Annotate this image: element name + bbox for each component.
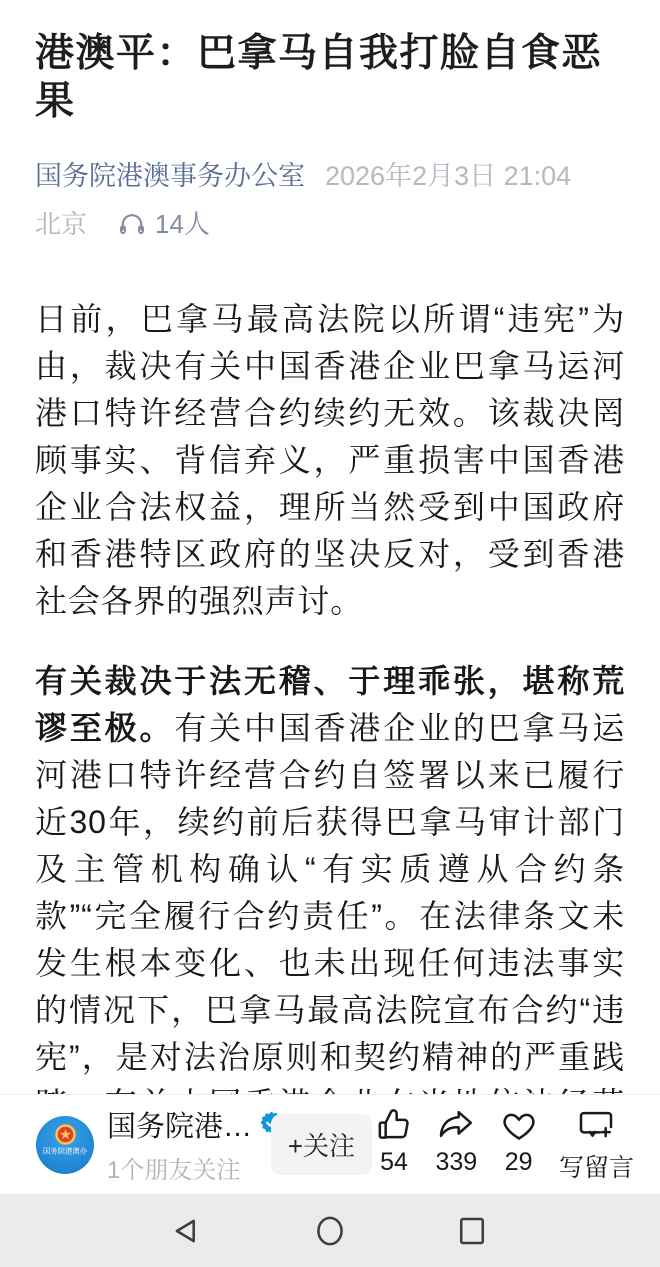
account-name: 国务院港… (107, 1104, 252, 1145)
publish-date: 2026年2月3日 21:04 (325, 160, 571, 192)
android-nav-bar (0, 1194, 660, 1267)
account-info[interactable]: 国务院港… 1个朋友关注 (107, 1104, 261, 1185)
like-button[interactable]: 54 (372, 1105, 416, 1184)
listen-indicator[interactable]: 14人 (117, 208, 210, 240)
article-page: 港澳平：巴拿马自我打脸自食恶果 国务院港澳事务办公室 2026年2月3日 21:… (0, 30, 660, 1267)
friends-follow-note: 1个朋友关注 (107, 1150, 261, 1185)
national-emblem-icon (54, 1123, 77, 1146)
article-meta-row2: 北京 14人 (35, 208, 625, 240)
share-button[interactable]: 339 (434, 1105, 478, 1184)
headphones-icon (117, 209, 147, 239)
follow-button[interactable]: +关注 (271, 1114, 372, 1175)
location-label: 北京 (35, 208, 87, 240)
account-avatar[interactable]: 国务院港澳办 (36, 1116, 94, 1174)
comment-button[interactable]: 写留言 (559, 1105, 634, 1184)
author-link[interactable]: 国务院港澳事务办公室 (35, 160, 305, 192)
listen-count: 14人 (155, 208, 210, 240)
article-paragraph: 日前，巴拿马最高法院以所谓“违宪”为由，裁决有关中国香港企业巴拿马运河港口特许经… (35, 296, 625, 625)
home-circle-icon[interactable] (311, 1212, 349, 1250)
like-count: 54 (380, 1148, 408, 1177)
thumbs-up-icon (374, 1105, 414, 1145)
favorite-count: 29 (505, 1148, 533, 1177)
bottom-action-bar: 国务院港澳办 国务院港… 1个朋友关注 +关注 54 (0, 1094, 660, 1194)
back-triangle-icon[interactable] (169, 1212, 207, 1250)
heart-icon (499, 1105, 539, 1145)
action-buttons: 54 339 29 (372, 1105, 634, 1184)
share-arrow-icon (436, 1105, 476, 1145)
avatar-caption: 国务院港澳办 (43, 1146, 87, 1154)
article-title: 港澳平：巴拿马自我打脸自食恶果 (35, 30, 625, 126)
comment-label: 写留言 (559, 1148, 634, 1184)
share-count: 339 (435, 1148, 477, 1177)
recents-square-icon[interactable] (453, 1212, 491, 1250)
comment-icon (576, 1105, 616, 1145)
article-meta-row: 国务院港澳事务办公室 2026年2月3日 21:04 (35, 160, 625, 192)
favorite-button[interactable]: 29 (497, 1105, 541, 1184)
